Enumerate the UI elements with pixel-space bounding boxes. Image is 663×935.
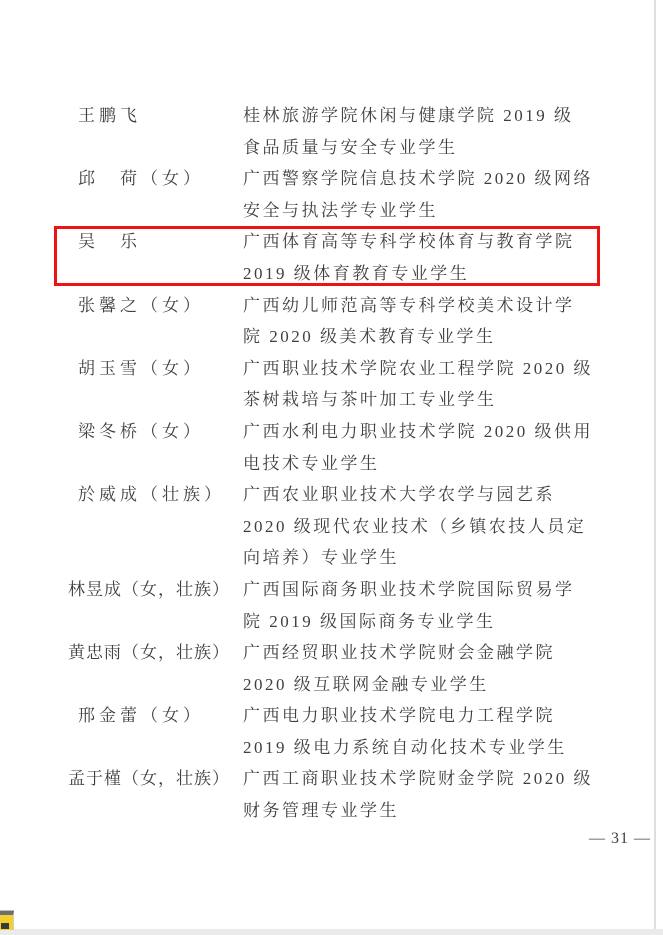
list-item: 胡玉雪（女）广西职业技术学院农业工程学院 2020 级茶树栽培与茶叶加工专业学生 bbox=[78, 353, 598, 416]
student-description: 广西体育高等专科学校体育与教育学院2019 级体育教育专业学生 bbox=[243, 226, 598, 289]
student-name: 吴 乐 bbox=[78, 226, 243, 258]
student-name: 邢金蕾（女） bbox=[78, 700, 243, 732]
list-item: 吴 乐广西体育高等专科学校体育与教育学院2019 级体育教育专业学生 bbox=[78, 226, 598, 289]
description-line: 院 2020 级美术教育专业学生 bbox=[243, 321, 598, 353]
student-name: 孟于槿（女，壮族） bbox=[68, 763, 243, 795]
student-list: 王鹏飞桂林旅游学院休闲与健康学院 2019 级食品质量与安全专业学生邱 荷（女）… bbox=[0, 0, 663, 827]
student-description: 广西职业技术学院农业工程学院 2020 级茶树栽培与茶叶加工专业学生 bbox=[243, 353, 598, 416]
description-line: 食品质量与安全专业学生 bbox=[243, 132, 598, 164]
student-description: 广西农业职业技术大学农学与园艺系2020 级现代农业技术（乡镇农技人员定向培养）… bbox=[243, 479, 598, 574]
student-name: 梁冬桥（女） bbox=[78, 416, 243, 448]
description-line: 茶树栽培与茶叶加工专业学生 bbox=[243, 384, 598, 416]
list-item: 王鹏飞桂林旅游学院休闲与健康学院 2019 级食品质量与安全专业学生 bbox=[78, 100, 598, 163]
description-line: 广西警察学院信息技术学院 2020 级网络 bbox=[243, 163, 598, 195]
description-line: 广西经贸职业技术学院财会金融学院 bbox=[243, 637, 598, 669]
description-line: 2020 级互联网金融专业学生 bbox=[243, 669, 598, 701]
student-name: 胡玉雪（女） bbox=[78, 353, 243, 385]
page-edge-line bbox=[654, 0, 656, 935]
taskbar-corner-icon-detail bbox=[1, 923, 9, 929]
list-item: 於威成（壮族）广西农业职业技术大学农学与园艺系2020 级现代农业技术（乡镇农技… bbox=[78, 479, 598, 574]
description-line: 向培养）专业学生 bbox=[243, 542, 598, 574]
bottom-strip bbox=[0, 929, 663, 935]
list-item: 邢金蕾（女）广西电力职业技术学院电力工程学院2019 级电力系统自动化技术专业学… bbox=[78, 700, 598, 763]
description-line: 广西职业技术学院农业工程学院 2020 级 bbox=[243, 353, 598, 385]
list-item: 梁冬桥（女）广西水利电力职业技术学院 2020 级供用电技术专业学生 bbox=[78, 416, 598, 479]
student-name: 邱 荷（女） bbox=[78, 163, 243, 195]
description-line: 财务管理专业学生 bbox=[243, 795, 598, 827]
list-item: 孟于槿（女，壮族）广西工商职业技术学院财金学院 2020 级财务管理专业学生 bbox=[78, 763, 598, 826]
student-description: 广西水利电力职业技术学院 2020 级供用电技术专业学生 bbox=[243, 416, 598, 479]
description-line: 电技术专业学生 bbox=[243, 448, 598, 480]
description-line: 广西水利电力职业技术学院 2020 级供用 bbox=[243, 416, 598, 448]
page-number: — 31 — bbox=[0, 830, 663, 848]
student-description: 广西电力职业技术学院电力工程学院2019 级电力系统自动化技术专业学生 bbox=[243, 700, 598, 763]
student-description: 广西国际商务职业技术学院国际贸易学院 2019 级国际商务专业学生 bbox=[243, 574, 598, 637]
student-description: 广西经贸职业技术学院财会金融学院2020 级互联网金融专业学生 bbox=[243, 637, 598, 700]
list-item: 邱 荷（女）广西警察学院信息技术学院 2020 级网络安全与执法学专业学生 bbox=[78, 163, 598, 226]
student-description: 广西工商职业技术学院财金学院 2020 级财务管理专业学生 bbox=[243, 763, 598, 826]
description-line: 桂林旅游学院休闲与健康学院 2019 级 bbox=[243, 100, 598, 132]
description-line: 广西体育高等专科学校体育与教育学院 bbox=[243, 226, 598, 258]
list-item: 林昱成（女，壮族）广西国际商务职业技术学院国际贸易学院 2019 级国际商务专业… bbox=[78, 574, 598, 637]
description-line: 2020 级现代农业技术（乡镇农技人员定 bbox=[243, 511, 598, 543]
document-page: 王鹏飞桂林旅游学院休闲与健康学院 2019 级食品质量与安全专业学生邱 荷（女）… bbox=[0, 0, 663, 935]
student-description: 广西幼儿师范高等专科学校美术设计学院 2020 级美术教育专业学生 bbox=[243, 290, 598, 353]
description-line: 广西国际商务职业技术学院国际贸易学 bbox=[243, 574, 598, 606]
list-item: 黄忠雨（女，壮族）广西经贸职业技术学院财会金融学院2020 级互联网金融专业学生 bbox=[78, 637, 598, 700]
description-line: 2019 级电力系统自动化技术专业学生 bbox=[243, 732, 598, 764]
description-line: 广西农业职业技术大学农学与园艺系 bbox=[243, 479, 598, 511]
description-line: 广西幼儿师范高等专科学校美术设计学 bbox=[243, 290, 598, 322]
student-name: 林昱成（女，壮族） bbox=[68, 574, 243, 606]
student-description: 桂林旅游学院休闲与健康学院 2019 级食品质量与安全专业学生 bbox=[243, 100, 598, 163]
list-item: 张馨之（女）广西幼儿师范高等专科学校美术设计学院 2020 级美术教育专业学生 bbox=[78, 290, 598, 353]
description-line: 广西电力职业技术学院电力工程学院 bbox=[243, 700, 598, 732]
student-description: 广西警察学院信息技术学院 2020 级网络安全与执法学专业学生 bbox=[243, 163, 598, 226]
student-name: 黄忠雨（女，壮族） bbox=[68, 637, 243, 669]
student-name: 王鹏飞 bbox=[78, 100, 243, 132]
taskbar-corner-icon[interactable] bbox=[0, 911, 14, 930]
description-line: 院 2019 级国际商务专业学生 bbox=[243, 606, 598, 638]
description-line: 安全与执法学专业学生 bbox=[243, 195, 598, 227]
description-line: 2019 级体育教育专业学生 bbox=[243, 258, 598, 290]
description-line: 广西工商职业技术学院财金学院 2020 级 bbox=[243, 763, 598, 795]
student-name: 於威成（壮族） bbox=[78, 479, 243, 511]
student-name: 张馨之（女） bbox=[78, 290, 243, 322]
